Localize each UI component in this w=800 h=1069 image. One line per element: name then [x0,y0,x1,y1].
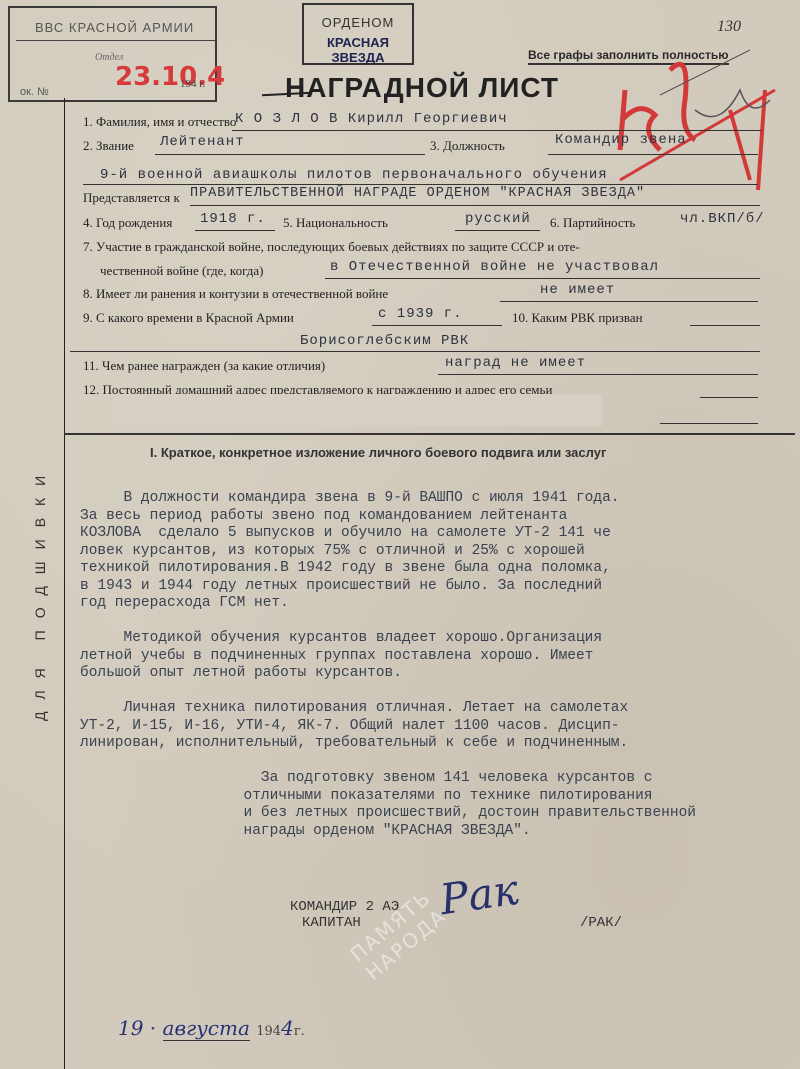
field-11-value: наград не имеет [445,355,586,371]
field-9-value: с 1939 г. [378,306,463,322]
redacted-address [112,394,602,426]
army-stamp: ВВС КРАСНОЙ АРМИИ Отдел 23.10.4 194 г. о… [8,6,217,102]
field-6-label: 6. Партийность [550,215,635,231]
field-1-value: К О З Л О В Кирилл Георгиевич [235,111,508,127]
narrative-line: Методикой обучения курсантов владеет хор… [80,630,696,648]
order-stamp: ОРДЕНОМ КРАСНАЯ ЗВЕЗДА [302,3,414,65]
document-title: НАГРАДНОЙ ЛИСТ [285,72,559,104]
army-stamp-title: ВВС КРАСНОЙ АРМИИ [35,20,194,35]
narrative-line [80,683,696,701]
narrative-line: КОЗЛОВА сделало 5 выпусков и обучило на … [80,525,696,543]
field-1-label: 1. Фамилия, имя и отчество [83,114,236,130]
narrative-line: отличными показателями по технике пилоти… [80,788,696,806]
narrative-text: В должности командира звена в 9-й ВАШПО … [80,490,696,840]
army-stamp-reg: ок. № [20,86,49,98]
field-5-label: 5. Национальность [283,215,388,231]
field-5-value: русский [465,211,531,227]
binding-margin-label: ДЛЯ ПОДШИВКИ [32,450,62,735]
narrative-line: и без летных происшествий, достоин прави… [80,805,696,823]
narrative-line: линирован, исполнительный, требовательны… [80,735,696,753]
narrative-line: награды орденом "КРАСНАЯ ЗВЕЗДА". [80,823,696,841]
award-sheet-page: ВВС КРАСНОЙ АРМИИ Отдел 23.10.4 194 г. о… [0,0,800,1069]
narrative-line: Личная техника пилотирования отличная. Л… [80,700,696,718]
field-2-value: Лейтенант [160,134,245,150]
signing-date: 19 · августа 1944г. [118,1016,305,1040]
signatory-name: /РАК/ [580,915,622,931]
narrative-line: летной учебы в подчиненных группах поста… [80,648,696,666]
field-2-label: 2. Звание [83,138,134,154]
army-stamp-date: 23.10.4 [115,62,225,92]
field-7-value: в Отечественной войне не участвовал [330,259,659,275]
narrative-line: За весь период работы звено под командов… [80,508,696,526]
signatory-rank: КАПИТАН [302,915,361,931]
narrative-line: год перерасхода ГСМ нет. [80,595,696,613]
field-6-value: чл.ВКП/б/ [680,211,765,227]
narrative-line: в 1943 и 1944 году летных происшествий н… [80,578,696,596]
present-label: Представляется к [83,190,180,206]
field-11-label: 11. Чем ранее награжден (за какие отличи… [83,358,325,374]
present-value: ПРАВИТЕЛЬСТВЕННОЙ НАГРАДЕ ОРДЕНОМ "КРАСН… [190,186,645,201]
field-3-label: 3. Должность [430,138,505,154]
field-8-label: 8. Имеет ли ранения и контузии в отечест… [83,286,388,302]
narrative-line: техникой пилотирования.В 1942 году в зве… [80,560,696,578]
field-8-value: не имеет [540,282,615,298]
field-4-label: 4. Год рождения [83,215,172,231]
field-3-value: Командир звена [555,132,687,148]
narrative-line [80,753,696,771]
field-10-label: 10. Каким РВК призван [512,310,643,326]
unit-value: 9-й военной авиашколы пилотов первоначал… [100,167,608,183]
signatory-position: КОМАНДИР 2 АЭ [290,899,399,915]
narrative-line: В должности командира звена в 9-й ВАШПО … [80,490,696,508]
field-9-label: 9. С какого времени в Красной Армии [83,310,294,326]
section-heading: I. Краткое, конкретное изложение личного… [150,445,606,460]
narrative-line: большой опыт летной работы курсантов. [80,665,696,683]
red-handwritten-marks [600,30,800,190]
field-7-label-1: 7. Участие в гражданской войне, последую… [83,239,580,255]
narrative-line [80,613,696,631]
narrative-line: За подготовку звеном 141 человека курсан… [80,770,696,788]
field-4-value: 1918 г. [200,211,266,227]
field-7-label-2: чественной войне (где, когда) [100,263,263,279]
narrative-line: УТ-2, И-15, И-16, УТИ-4, ЯК-7. Общий нал… [80,718,696,736]
field-10-value: Борисоглебским РВК [300,333,469,349]
narrative-line: ловек курсантов, из которых 75% с отличн… [80,543,696,561]
